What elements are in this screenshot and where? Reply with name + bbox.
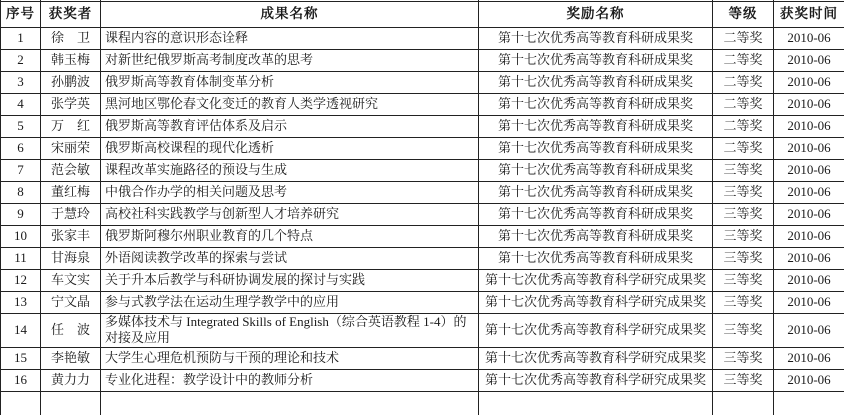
cell-winner: 张家丰 xyxy=(41,226,101,248)
cell-date: 2010-06 xyxy=(774,204,844,226)
cell-date: 2010-06 xyxy=(774,347,844,369)
table-row: 4张学英黑河地区鄂伦春文化变迁的教育人类学透视研究第十七次优秀高等教育科研成果奖… xyxy=(1,94,844,116)
table-body: 1徐 卫课程内容的意识形态诠释第十七次优秀高等教育科研成果奖二等奖2010-06… xyxy=(1,28,844,392)
cell-winner: 任 波 xyxy=(41,314,101,348)
cell-index: 3 xyxy=(1,72,41,94)
cell-grade: 三等奖 xyxy=(713,292,774,314)
cell-achievement: 大学生心理危机预防与干预的理论和技术 xyxy=(101,347,479,369)
cell-award: 第十七次优秀高等教育科研成果奖 xyxy=(479,94,713,116)
cell-award: 第十七次优秀高等教育科研成果奖 xyxy=(479,116,713,138)
cell-index: 15 xyxy=(1,347,41,369)
cell-achievement: 专业化进程：教学设计中的教师分析 xyxy=(101,369,479,391)
cell-winner: 张学英 xyxy=(41,94,101,116)
column-header-award: 奖励名称 xyxy=(479,2,713,28)
cell-grade: 二等奖 xyxy=(713,116,774,138)
cell-grade: 二等奖 xyxy=(713,50,774,72)
cell-grade: 三等奖 xyxy=(713,314,774,348)
cell-winner: 董红梅 xyxy=(41,182,101,204)
cropped-row-bottom xyxy=(1,391,844,415)
table-row: 7范会敏课程改革实施路径的预设与生成第十七次优秀高等教育科研成果奖三等奖2010… xyxy=(1,160,844,182)
header-row: 序号获奖者成果名称奖励名称等级获奖时间 xyxy=(1,2,844,28)
cell-achievement: 俄罗斯高等教育评估体系及启示 xyxy=(101,116,479,138)
empty-cell xyxy=(1,391,41,415)
cell-grade: 三等奖 xyxy=(713,160,774,182)
cell-date: 2010-06 xyxy=(774,160,844,182)
cell-winner: 范会敏 xyxy=(41,160,101,182)
cell-grade: 三等奖 xyxy=(713,347,774,369)
cell-award: 第十七次优秀高等教育科研成果奖 xyxy=(479,72,713,94)
empty-cell xyxy=(479,391,713,415)
table-row: 14任 波多媒体技术与 Integrated Skills of English… xyxy=(1,314,844,348)
empty-cell xyxy=(101,391,479,415)
cell-grade: 三等奖 xyxy=(713,182,774,204)
cell-winner: 于慧玲 xyxy=(41,204,101,226)
cell-winner: 徐 卫 xyxy=(41,28,101,50)
cell-index: 13 xyxy=(1,292,41,314)
cell-winner: 李艳敏 xyxy=(41,347,101,369)
table-row: 12车文实关于升本后教学与科研协调发展的探讨与实践第十七次优秀高等教育科学研究成… xyxy=(1,270,844,292)
cell-index: 4 xyxy=(1,94,41,116)
table-row: 6宋丽荣俄罗斯高校课程的现代化透析第十七次优秀高等教育科研成果奖二等奖2010-… xyxy=(1,138,844,160)
cell-index: 1 xyxy=(1,28,41,50)
cell-achievement: 多媒体技术与 Integrated Skills of English（综合英语… xyxy=(101,314,479,348)
cell-award: 第十七次优秀高等教育科学研究成果奖 xyxy=(479,270,713,292)
cell-award: 第十七次优秀高等教育科学研究成果奖 xyxy=(479,314,713,348)
empty-cell xyxy=(774,391,844,415)
cell-achievement: 参与式教学法在运动生理学教学中的应用 xyxy=(101,292,479,314)
cell-achievement: 俄罗斯阿穆尔州职业教育的几个特点 xyxy=(101,226,479,248)
cell-index: 11 xyxy=(1,248,41,270)
cell-index: 9 xyxy=(1,204,41,226)
column-header-index: 序号 xyxy=(1,2,41,28)
cell-achievement: 对新世纪俄罗斯高考制度改革的思考 xyxy=(101,50,479,72)
cell-date: 2010-06 xyxy=(774,292,844,314)
cell-award: 第十七次优秀高等教育科研成果奖 xyxy=(479,28,713,50)
cell-grade: 二等奖 xyxy=(713,72,774,94)
empty-cell xyxy=(41,391,101,415)
cell-index: 10 xyxy=(1,226,41,248)
table-row: 10张家丰俄罗斯阿穆尔州职业教育的几个特点第十七次优秀高等教育科研成果奖三等奖2… xyxy=(1,226,844,248)
cell-achievement: 关于升本后教学与科研协调发展的探讨与实践 xyxy=(101,270,479,292)
cell-index: 6 xyxy=(1,138,41,160)
cell-date: 2010-06 xyxy=(774,314,844,348)
table-row: 1徐 卫课程内容的意识形态诠释第十七次优秀高等教育科研成果奖二等奖2010-06 xyxy=(1,28,844,50)
cell-award: 第十七次优秀高等教育科学研究成果奖 xyxy=(479,292,713,314)
cell-award: 第十七次优秀高等教育科研成果奖 xyxy=(479,138,713,160)
cell-award: 第十七次优秀高等教育科研成果奖 xyxy=(479,160,713,182)
table-row: 2韩玉梅对新世纪俄罗斯高考制度改革的思考第十七次优秀高等教育科研成果奖二等奖20… xyxy=(1,50,844,72)
table-row: 11甘海泉外语阅读教学改革的探索与尝试第十七次优秀高等教育科研成果奖三等奖201… xyxy=(1,248,844,270)
cell-grade: 二等奖 xyxy=(713,28,774,50)
cell-date: 2010-06 xyxy=(774,116,844,138)
cell-index: 5 xyxy=(1,116,41,138)
cell-winner: 韩玉梅 xyxy=(41,50,101,72)
cell-index: 14 xyxy=(1,314,41,348)
cell-index: 12 xyxy=(1,270,41,292)
cell-date: 2010-06 xyxy=(774,72,844,94)
table-row: 9于慧玲高校社科实践教学与创新型人才培养研究第十七次优秀高等教育科研成果奖三等奖… xyxy=(1,204,844,226)
column-header-date: 获奖时间 xyxy=(774,2,844,28)
cell-index: 16 xyxy=(1,369,41,391)
cell-award: 第十七次优秀高等教育科研成果奖 xyxy=(479,204,713,226)
cell-winner: 宋丽荣 xyxy=(41,138,101,160)
cell-index: 8 xyxy=(1,182,41,204)
cell-date: 2010-06 xyxy=(774,138,844,160)
cell-award: 第十七次优秀高等教育科学研究成果奖 xyxy=(479,369,713,391)
cell-index: 2 xyxy=(1,50,41,72)
cell-grade: 二等奖 xyxy=(713,138,774,160)
cell-achievement: 高校社科实践教学与创新型人才培养研究 xyxy=(101,204,479,226)
cell-winner: 车文实 xyxy=(41,270,101,292)
cell-achievement: 外语阅读教学改革的探索与尝试 xyxy=(101,248,479,270)
cell-date: 2010-06 xyxy=(774,226,844,248)
cell-award: 第十七次优秀高等教育科学研究成果奖 xyxy=(479,347,713,369)
cell-index: 7 xyxy=(1,160,41,182)
column-header-grade: 等级 xyxy=(713,2,774,28)
cell-award: 第十七次优秀高等教育科研成果奖 xyxy=(479,50,713,72)
cell-winner: 宁文晶 xyxy=(41,292,101,314)
table-row: 5万 红俄罗斯高等教育评估体系及启示第十七次优秀高等教育科研成果奖二等奖2010… xyxy=(1,116,844,138)
cell-grade: 三等奖 xyxy=(713,248,774,270)
cell-date: 2010-06 xyxy=(774,369,844,391)
cell-achievement: 中俄合作办学的相关问题及思考 xyxy=(101,182,479,204)
cell-grade: 三等奖 xyxy=(713,270,774,292)
empty-cell xyxy=(713,391,774,415)
cell-achievement: 课程内容的意识形态诠释 xyxy=(101,28,479,50)
cell-date: 2010-06 xyxy=(774,94,844,116)
cell-date: 2010-06 xyxy=(774,248,844,270)
cell-grade: 三等奖 xyxy=(713,226,774,248)
cell-achievement: 俄罗斯高校课程的现代化透析 xyxy=(101,138,479,160)
table-row: 3孙鹏波俄罗斯高等教育体制变革分析第十七次优秀高等教育科研成果奖二等奖2010-… xyxy=(1,72,844,94)
cell-date: 2010-06 xyxy=(774,50,844,72)
cell-date: 2010-06 xyxy=(774,182,844,204)
cell-winner: 甘海泉 xyxy=(41,248,101,270)
cell-award: 第十七次优秀高等教育科研成果奖 xyxy=(479,248,713,270)
cell-grade: 二等奖 xyxy=(713,94,774,116)
column-header-achievement: 成果名称 xyxy=(101,2,479,28)
awards-table: 序号获奖者成果名称奖励名称等级获奖时间 1徐 卫课程内容的意识形态诠释第十七次优… xyxy=(0,0,844,415)
cell-grade: 三等奖 xyxy=(713,369,774,391)
cell-achievement: 黑河地区鄂伦春文化变迁的教育人类学透视研究 xyxy=(101,94,479,116)
column-header-winner: 获奖者 xyxy=(41,2,101,28)
cell-date: 2010-06 xyxy=(774,270,844,292)
cell-award: 第十七次优秀高等教育科研成果奖 xyxy=(479,182,713,204)
table-row: 15李艳敏大学生心理危机预防与干预的理论和技术第十七次优秀高等教育科学研究成果奖… xyxy=(1,347,844,369)
cell-grade: 三等奖 xyxy=(713,204,774,226)
cell-winner: 黄力力 xyxy=(41,369,101,391)
cell-award: 第十七次优秀高等教育科研成果奖 xyxy=(479,226,713,248)
awards-table-screen: 序号获奖者成果名称奖励名称等级获奖时间 1徐 卫课程内容的意识形态诠释第十七次优… xyxy=(0,0,844,415)
cell-winner: 万 红 xyxy=(41,116,101,138)
table-row: 13宁文晶参与式教学法在运动生理学教学中的应用第十七次优秀高等教育科学研究成果奖… xyxy=(1,292,844,314)
table-row: 16黄力力专业化进程：教学设计中的教师分析第十七次优秀高等教育科学研究成果奖三等… xyxy=(1,369,844,391)
cell-achievement: 课程改革实施路径的预设与生成 xyxy=(101,160,479,182)
table-row: 8董红梅中俄合作办学的相关问题及思考第十七次优秀高等教育科研成果奖三等奖2010… xyxy=(1,182,844,204)
cell-achievement: 俄罗斯高等教育体制变革分析 xyxy=(101,72,479,94)
cell-date: 2010-06 xyxy=(774,28,844,50)
cell-winner: 孙鹏波 xyxy=(41,72,101,94)
